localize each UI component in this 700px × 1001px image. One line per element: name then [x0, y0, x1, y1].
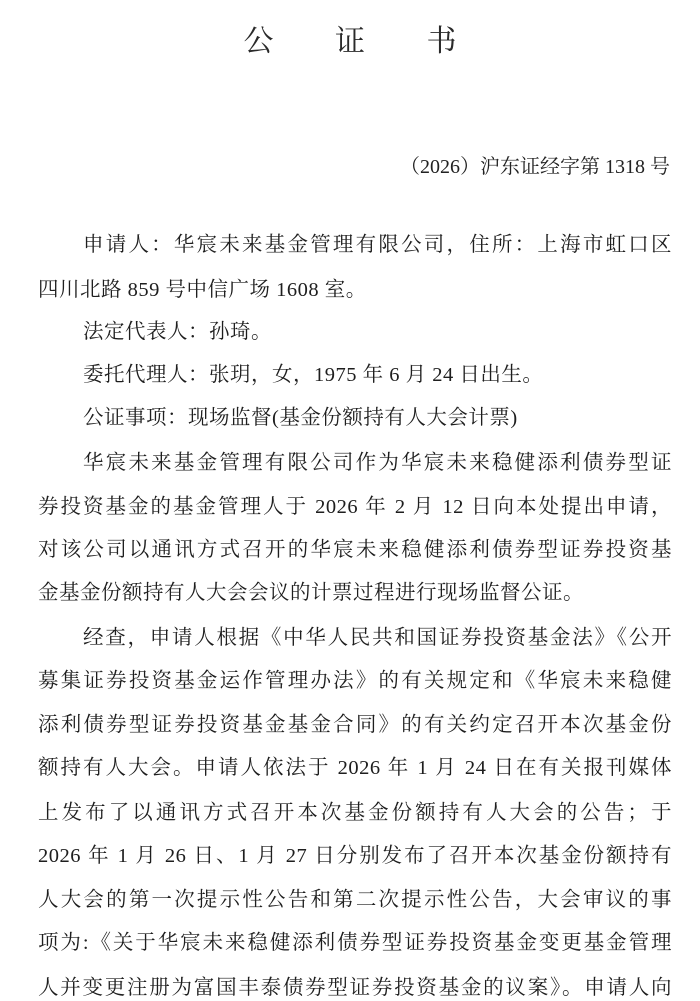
notarial-certificate-page: 公 证 书 （2026）沪东证经字第 1318 号 申请人：华宸未来基金管理有限…: [0, 0, 700, 1001]
document-number: （2026）沪东证经字第 1318 号: [400, 150, 670, 179]
body-line: 券投资基金的基金管理人于 2026 年 2 月 12 日向本处提出申请，: [38, 493, 672, 521]
body-line: 经查，申请人根据《中华人民共和国证券投资基金法》《公开: [83, 624, 672, 652]
body-line-agent: 委托代理人：张玥，女，1975 年 6 月 24 日出生。: [83, 361, 672, 389]
body-line-applicant: 申请人：华宸未来基金管理有限公司，住所：上海市虹口区: [83, 231, 672, 259]
body-line: 2026 年 1 月 26 日、1 月 27 日分别发布了召开本次基金份额持有: [38, 842, 672, 870]
body-line: 项为:《关于华宸未来稳健添利债券型证券投资基金变更基金管理: [38, 929, 672, 957]
body-line-legal-representative: 法定代表人：孙琦。: [83, 318, 672, 346]
body-line-address: 四川北路 859 号中信广场 1608 室。: [38, 276, 672, 304]
body-line: 华宸未来基金管理有限公司作为华宸未来稳健添利债券型证: [83, 449, 672, 477]
body-line: 人并变更注册为富国丰泰债券型证券投资基金的议案》。申请人向: [38, 974, 672, 1001]
body-line: 额持有人大会。申请人依法于 2026 年 1 月 24 日在有关报刊媒体: [38, 754, 672, 782]
body-line: 上发布了以通讯方式召开本次基金份额持有人大会的公告；于: [38, 799, 672, 827]
body-line: 添利债券型证券投资基金基金合同》的有关约定召开本次基金份: [38, 711, 672, 739]
document-title: 公 证 书: [0, 16, 700, 60]
body-line: 人大会的第一次提示性公告和第二次提示性公告，大会审议的事: [38, 886, 672, 914]
body-line: 对该公司以通讯方式召开的华宸未来稳健添利债券型证券投资基: [38, 536, 672, 564]
body-line-notarial-matter: 公证事项：现场监督(基金份额持有人大会计票): [83, 404, 672, 432]
body-line: 金基金份额持有人大会会议的计票过程进行现场监督公证。: [38, 579, 672, 607]
body-line: 募集证券投资基金运作管理办法》的有关规定和《华宸未来稳健: [38, 667, 672, 695]
